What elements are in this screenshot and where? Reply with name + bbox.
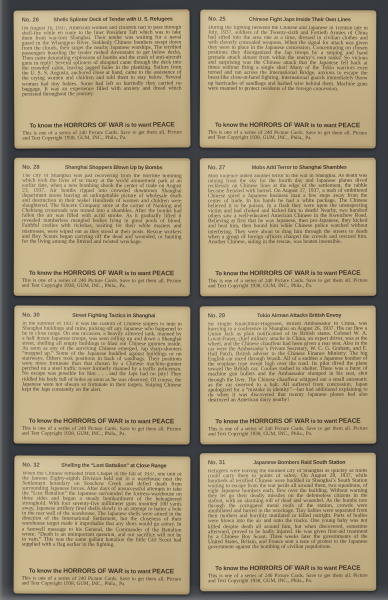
card-slogan: To know the HORRORS OF WAR is to want PE… xyxy=(22,568,182,576)
card-number: No. 25 xyxy=(208,17,225,23)
slogan-emphasis-peace: PEACE xyxy=(338,417,360,424)
card-header: No. 29 Tokio Airman Attacks British Envo… xyxy=(207,312,367,319)
slogan-prefix: To know the xyxy=(29,123,62,129)
card-body-text: Mob violence added another terror to the… xyxy=(207,173,367,267)
card-back-31: No. 31 Japanese Bombers Raid South Stati… xyxy=(199,453,375,591)
card-footer: To know the HORRORS OF WAR is to want PE… xyxy=(22,269,182,290)
card-back-32: No. 32 Shelling the “Lost Battalion” at … xyxy=(14,456,190,595)
slogan-prefix: To know the xyxy=(214,122,247,128)
card-series-note: This is one of a series of 240 Picture C… xyxy=(22,577,182,589)
card-series-note: This is one of a series of 240 Picture C… xyxy=(207,130,367,142)
card-series-note: This is one of a series of 240 Picture C… xyxy=(22,130,182,142)
card-series-note: This is one of a series of 240 Picture C… xyxy=(208,426,368,438)
slogan-emphasis-horrors: HORRORS OF WAR xyxy=(63,568,123,575)
slogan-emphasis-peace: PEACE xyxy=(152,270,174,277)
slogan-middle: is to want xyxy=(310,566,336,572)
slogan-prefix: To know the xyxy=(29,569,62,575)
card-slogan: To know the HORRORS OF WAR is to want PE… xyxy=(208,565,368,572)
card-slogan: To know the HORRORS OF WAR is to want PE… xyxy=(208,269,368,277)
card-series-note: This is one of a series of 240 Picture C… xyxy=(22,426,182,438)
card-title: Tokio Airman Attacks British Envoy xyxy=(231,312,367,319)
card-slogan: To know the HORRORS OF WAR is to want PE… xyxy=(207,121,367,129)
card-slogan: To know the HORRORS OF WAR is to want PE… xyxy=(22,121,182,129)
slogan-middle: is to want xyxy=(125,122,151,128)
card-slogan: To know the HORRORS OF WAR is to want PE… xyxy=(208,417,368,425)
card-number: No. 29 xyxy=(207,313,224,319)
slogan-emphasis-horrors: HORRORS OF WAR xyxy=(249,269,309,276)
slogan-emphasis-horrors: HORRORS OF WAR xyxy=(249,565,309,572)
card-series-note: This is one of a series of 240 Picture C… xyxy=(208,574,368,585)
card-footer: To know the HORRORS OF WAR is to want PE… xyxy=(208,417,368,438)
card-footer: To know the HORRORS OF WAR is to want PE… xyxy=(207,121,367,142)
card-title: Street Fighting Tactics in Shanghai xyxy=(46,312,182,319)
slogan-middle: is to want xyxy=(125,271,151,277)
slogan-prefix: To know the xyxy=(29,418,62,424)
card-number: No. 28 xyxy=(22,164,39,170)
card-header: No. 30 Street Fighting Tactics in Shangh… xyxy=(22,312,182,319)
slogan-prefix: To know the xyxy=(29,270,62,276)
card-footer: To know the HORRORS OF WAR is to want PE… xyxy=(22,417,182,438)
card-back-28: No. 28 Shanghai Shoppers Blown Up by Bom… xyxy=(14,157,190,295)
card-series-note: This is one of a series of 240 Picture C… xyxy=(22,278,182,290)
slogan-prefix: To know the xyxy=(215,566,248,572)
card-body-text: On August 16, 1937, American women and c… xyxy=(22,25,182,120)
card-body-text: Refugees were leaving the doomed city of… xyxy=(207,469,367,563)
card-body-text: During the fighting between the Chinese … xyxy=(207,26,367,120)
card-title: Mobs Add Terror to Shanghai Shambles xyxy=(231,164,367,170)
card-header: No. 27 Mobs Add Terror to Shanghai Shamb… xyxy=(207,164,367,171)
slogan-emphasis-peace: PEACE xyxy=(338,565,360,572)
card-back-30: No. 30 Street Fighting Tactics in Shangh… xyxy=(14,305,190,444)
card-number: No. 31 xyxy=(207,460,224,466)
slogan-middle: is to want xyxy=(310,270,336,276)
card-back-27: No. 27 Mobs Add Terror to Shanghai Shamb… xyxy=(199,157,375,295)
slogan-middle: is to want xyxy=(124,569,150,575)
card-title: Shelling the “Lost Battalion” at Close R… xyxy=(46,463,182,470)
slogan-emphasis-horrors: HORRORS OF WAR xyxy=(63,269,123,276)
card-sheet: No. 26 Shells Splinter Deck of Tender wi… xyxy=(0,0,388,600)
card-footer: To know the HORRORS OF WAR is to want PE… xyxy=(208,565,368,585)
slogan-prefix: To know the xyxy=(215,271,248,277)
slogan-emphasis-horrors: HORRORS OF WAR xyxy=(64,122,124,129)
card-title: Japanese Bombers Raid South Station xyxy=(231,460,367,466)
card-slogan: To know the HORRORS OF WAR is to want PE… xyxy=(22,269,182,277)
card-body-text: When the Chinese retreated from Chapei i… xyxy=(22,472,182,567)
card-number: No. 27 xyxy=(207,165,224,171)
card-title: Shells Splinter Deck of Tender with U. S… xyxy=(45,16,181,23)
card-body-text: Sir Hughe Knatchbull-Hugessen, British A… xyxy=(207,321,367,415)
card-header: No. 31 Japanese Bombers Raid South Stati… xyxy=(207,460,367,466)
card-number: No. 30 xyxy=(22,312,39,318)
card-series-note: This is one of a series of 240 Picture C… xyxy=(208,278,368,290)
slogan-emphasis-peace: PEACE xyxy=(338,122,360,129)
card-title: Chinese Fight Japs Inside Their Own Line… xyxy=(231,17,367,24)
card-header: No. 32 Shelling the “Lost Battalion” at … xyxy=(22,463,182,470)
card-footer: To know the HORRORS OF WAR is to want PE… xyxy=(208,269,368,290)
slogan-emphasis-peace: PEACE xyxy=(153,121,175,128)
card-number: No. 26 xyxy=(22,17,39,23)
card-title: Shanghai Shoppers Blown Up by Bombs xyxy=(46,165,182,171)
slogan-prefix: To know the xyxy=(215,418,248,424)
card-footer: To know the HORRORS OF WAR is to want PE… xyxy=(22,121,182,142)
card-header: No. 28 Shanghai Shoppers Blown Up by Bom… xyxy=(22,164,182,171)
slogan-emphasis-peace: PEACE xyxy=(152,418,174,425)
card-header: No. 26 Shells Splinter Deck of Tender wi… xyxy=(22,16,182,23)
slogan-emphasis-horrors: HORRORS OF WAR xyxy=(63,417,123,424)
card-body-text: The city of Shanghai was just recovering… xyxy=(22,173,182,267)
slogan-emphasis-horrors: HORRORS OF WAR xyxy=(249,417,309,424)
slogan-middle: is to want xyxy=(310,418,336,424)
card-body-text: In the summer of 1937 it was the custom … xyxy=(22,321,182,416)
card-header: No. 25 Chinese Fight Japs Inside Their O… xyxy=(208,17,368,24)
card-number: No. 32 xyxy=(22,463,39,469)
card-back-29: No. 29 Tokio Airman Attacks British Envo… xyxy=(199,305,375,444)
card-footer: To know the HORRORS OF WAR is to want PE… xyxy=(22,568,182,589)
card-slogan: To know the HORRORS OF WAR is to want PE… xyxy=(22,417,182,425)
slogan-emphasis-peace: PEACE xyxy=(152,568,174,575)
slogan-emphasis-peace: PEACE xyxy=(338,269,360,276)
slogan-middle: is to want xyxy=(124,418,150,424)
slogan-emphasis-horrors: HORRORS OF WAR xyxy=(249,122,309,129)
card-back-25: No. 25 Chinese Fight Japs Inside Their O… xyxy=(199,10,375,149)
slogan-middle: is to want xyxy=(310,123,336,129)
card-back-26: No. 26 Shells Splinter Deck of Tender wi… xyxy=(14,9,190,148)
